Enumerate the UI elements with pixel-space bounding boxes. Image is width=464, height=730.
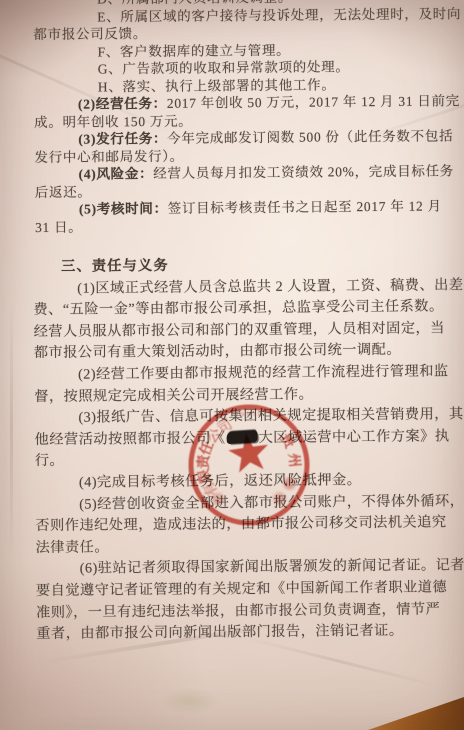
document-text-upper: D、所属部门人员培训及调整。E、所属区域的客户接待与投诉处理，无法处理时，及时向… — [33, 0, 462, 236]
doc-text: 2017 年创收 50 万元，2017 年 12 月 31 日前完 — [167, 93, 460, 111]
seal-illegible-mark — [274, 493, 286, 505]
doc-text: E、所属区域的客户接待与投诉处理，无法处理时，及时向 — [97, 6, 461, 24]
doc-text: 费、“五险一金”等由都市报公司承担，总监享受公司主任系数。 — [33, 299, 443, 319]
table-corner — [368, 697, 464, 730]
doc-line: E、所属区域的客户接待与投诉处理，无法处理时，及时向 — [33, 5, 460, 26]
doc-text: F、客户数据库的建立与管理。 — [97, 42, 290, 59]
bold-label: (2)经营任务： — [78, 96, 167, 112]
seal-ring-char: 州 — [285, 452, 302, 468]
doc-text: 成。明年创收 150 万元。 — [34, 113, 192, 129]
doc-text: 准则》，一旦有违纪违法举报，由都市报公司负责调查，情节严 — [36, 601, 440, 621]
doc-text: 签订目标考核责任书之日起至 2017 年 12 月 — [168, 198, 442, 215]
photo-of-document: D、所属部门人员培训及调整。E、所属区域的客户接待与投诉处理，无法处理时，及时向… — [0, 0, 464, 730]
doc-line: (2)经营工作要由都市报规范的经营工作流程进行管理和监 — [34, 361, 463, 386]
doc-text: 要自觉遵守记者证管理的有关规定和《中国新闻工作者职业道德 — [36, 579, 447, 599]
doc-text: 经营人员每月扣发工资绩效 20%，完成目标任务 — [153, 163, 454, 181]
doc-text: 今年完成邮发订阅数 500 份（此任务数不包括 — [167, 128, 453, 145]
bold-label: (3)发行任务： — [78, 131, 167, 147]
doc-text: 重者，由都市报公司向新闻出版部门报告，注销记者证。 — [36, 623, 403, 642]
seal-illegible-mark — [212, 493, 224, 505]
doc-line: (2)经营任务：2017 年创收 50 万元，2017 年 12 月 31 日前… — [34, 92, 461, 113]
paper-smudge — [160, 688, 220, 714]
doc-text: (1)区域正式经营人员含总监共 2 人设置，工资、稿费、出差 — [77, 277, 463, 296]
doc-line: (4)风险金：经营人员每月扣发工资绩效 20%，完成目标任务 — [35, 162, 462, 183]
doc-text: D、所属部门人员培训及调整。 — [97, 0, 292, 6]
doc-text: 后返还。 — [35, 184, 92, 199]
doc-text: 31 日。 — [35, 219, 83, 234]
doc-line: 31 日。 — [35, 215, 462, 236]
doc-text: (2)经营工作要由都市报规范的经营工作流程进行管理和监 — [78, 363, 449, 382]
bold-label: 三、责任与义务 — [61, 258, 169, 275]
seal-microtext: DSPIC — [234, 412, 265, 418]
doc-text: 发行中心和邮局发行）。 — [34, 148, 184, 164]
doc-text: 经营人员服从都市报公司和部门的双重管理，人员相对固定，当 — [34, 320, 445, 340]
doc-line: 重者，由都市报公司向新闻出版部门报告，注销记者证。 — [36, 620, 464, 645]
doc-text: H、落实、执行上级部署的其他工作。 — [98, 77, 336, 94]
doc-line: (3)发行任务：今年完成邮发订阅数 500 份（此任务数不包括 — [34, 127, 461, 148]
seal-star-icon — [226, 430, 271, 473]
doc-text: 法律责任。 — [35, 539, 109, 556]
doc-line: (5)考核时间：签订目标考核责任书之日起至 2017 年 12 月 — [35, 197, 462, 218]
bold-label: (5)考核时间： — [79, 201, 168, 217]
doc-text: 都市报公司反馈。 — [33, 26, 147, 42]
doc-text: 都市报公司有重大策划活动时，由都市报公司统一调配。 — [34, 342, 401, 361]
doc-line: 要自觉遵守记者证管理的有关规定和《中国新闻工作者职业道德 — [36, 577, 464, 602]
doc-text: (6)驻站记者须取得国家新闻出版署颁发的新闻记者证。记者 — [80, 558, 464, 577]
red-seal-stamp: DSPIC 司公任责限有贵州 — [184, 400, 314, 530]
paper-crease — [10, 300, 13, 560]
doc-text: G、广告款项的收取和异常款项的处理。 — [98, 59, 350, 76]
doc-text: 行。 — [35, 453, 65, 469]
seal-ring-char: 责 — [195, 453, 213, 469]
bold-label: (4)风险金： — [79, 166, 154, 182]
seal-illegible-mark — [284, 478, 296, 490]
